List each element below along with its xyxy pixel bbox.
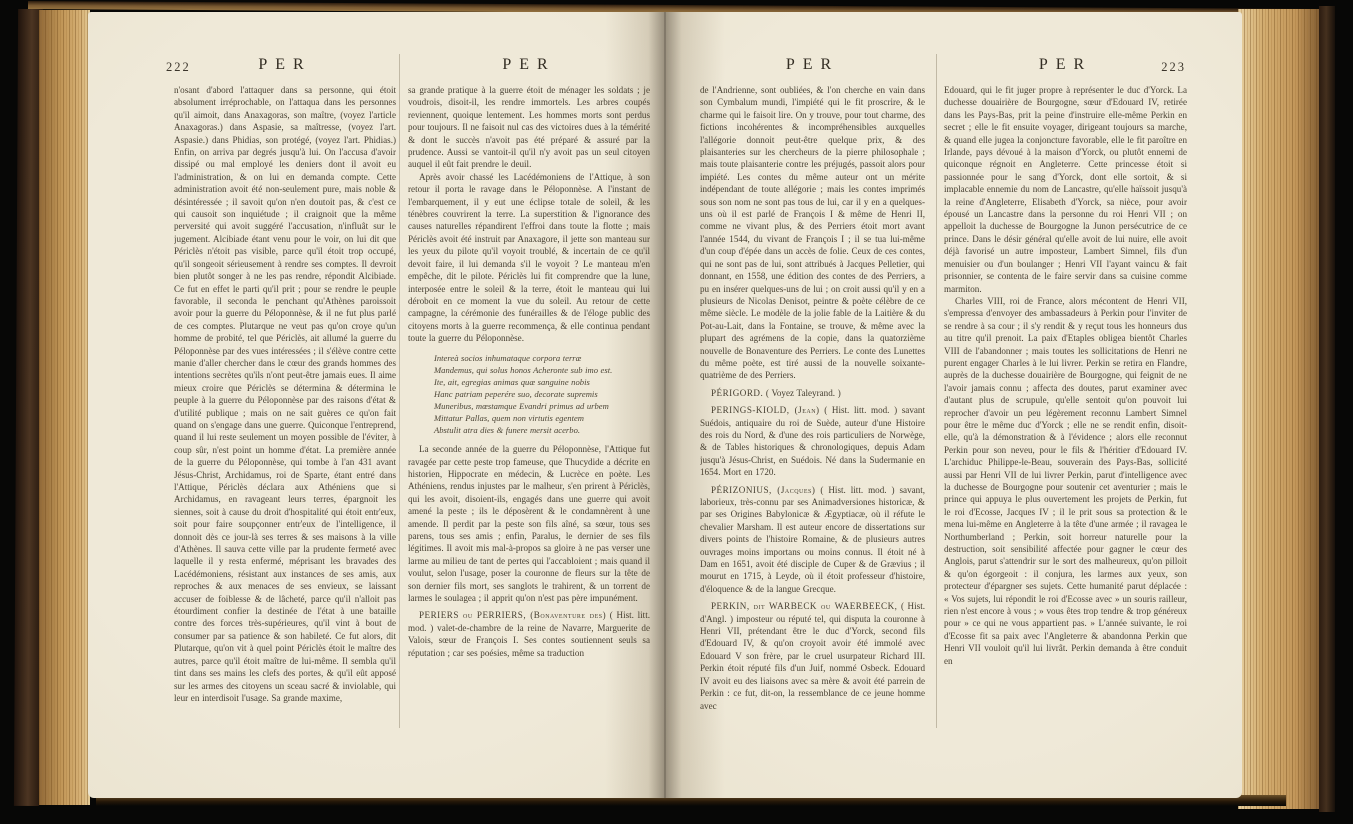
entry-headword: PERKIN, dit WARBECK ou WAERBEECK,	[711, 601, 897, 611]
paragraph: Charles VIII, roi de France, alors mécon…	[944, 295, 1187, 667]
page-222: 222 PER PER n'osant d'abord l'attaquer d…	[88, 12, 672, 798]
page-block-edge-right	[1238, 9, 1321, 809]
dictionary-entry: PÉRIZONIUS, (Jacques) ( Hist. litt. mod.…	[700, 484, 925, 596]
paragraph: n'osant d'abord l'attaquer dans sa perso…	[174, 84, 396, 704]
text-column: Edouard, qui le fit juger propre à repré…	[944, 84, 1187, 720]
verse-line: Hanc patriam peperére suo, decorate supr…	[434, 388, 650, 400]
open-book-spread: 222 PER PER n'osant d'abord l'attaquer d…	[88, 12, 1242, 798]
dictionary-entry: PÉRIGORD. ( Voyez Taleyrand. )	[700, 387, 925, 399]
text-column: de l'Andrienne, sont oubliées, & l'on ch…	[700, 84, 925, 720]
page-block-edge-left	[39, 10, 90, 805]
entry-headword: PERINGS-KIOLD, (Jean)	[711, 405, 820, 415]
column-rule	[399, 54, 400, 728]
paragraph: Après avoir chassé les Lacédémoniens de …	[408, 171, 650, 345]
entry-headword: PERIERS ou PERRIERS, (Bonaventure des)	[419, 610, 606, 620]
running-head: PER	[944, 56, 1187, 74]
photo-background: 222 PER PER n'osant d'abord l'attaquer d…	[0, 0, 1353, 824]
verse-line: Mittatur Pallas, quem non virtutis egent…	[434, 412, 650, 424]
paragraph: sa grande pratique à la guerre étoit de …	[408, 84, 650, 171]
entry-headword: PÉRIGORD.	[711, 388, 763, 398]
book-cover-edge-right	[1319, 6, 1335, 812]
column-rule	[936, 54, 937, 728]
verse-line: Intereà socios inhumataque corpora terræ	[434, 352, 650, 364]
running-head: PER	[700, 56, 925, 74]
entry-headword: PÉRIZONIUS, (Jacques)	[711, 485, 815, 495]
verse-line: Ite, ait, egregias animas quæ sanguine n…	[434, 376, 650, 388]
dictionary-entry: PERIERS ou PERRIERS, (Bonaventure des) (…	[408, 609, 650, 659]
latin-verse-quotation: Intereà socios inhumataque corpora terræ…	[434, 352, 650, 437]
paragraph: Edouard, qui le fit juger propre à repré…	[944, 84, 1187, 295]
verse-line: Mandemus, qui solus honos Acheronte sub …	[434, 364, 650, 376]
text-column: n'osant d'abord l'attaquer dans sa perso…	[174, 84, 396, 720]
verse-line: Abstulit atra dies & funere mersit acerb…	[434, 424, 650, 436]
running-head: PER	[408, 56, 650, 74]
paragraph: de l'Andrienne, sont oubliées, & l'on ch…	[700, 84, 925, 382]
text-column: sa grande pratique à la guerre étoit de …	[408, 84, 650, 720]
paragraph: La seconde année de la guerre du Pélopon…	[408, 443, 650, 604]
running-head: PER	[174, 56, 396, 74]
dictionary-entry: PERKIN, dit WARBECK ou WAERBEECK, ( Hist…	[700, 600, 925, 712]
verse-line: Muneribus, mœstamque Evandri primus ad u…	[434, 400, 650, 412]
dictionary-entry: PERINGS-KIOLD, (Jean) ( Hist. litt. mod.…	[700, 404, 925, 478]
page-223: 223 PER PER de l'Andrienne, sont oubliée…	[672, 12, 1242, 798]
